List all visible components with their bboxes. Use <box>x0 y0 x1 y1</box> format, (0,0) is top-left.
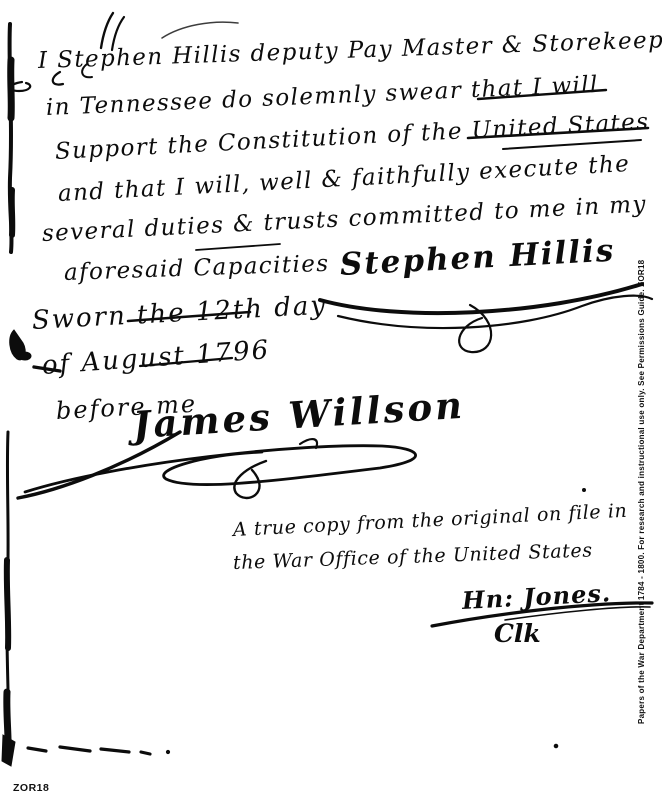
scanned-document-page: I Stephen Hillis deputy Pay Master & Sto… <box>0 0 662 800</box>
attestation-line-1: Sworn the 12th day <box>31 291 328 336</box>
oath-line-1: I Stephen Hillis deputy Pay Master & Sto… <box>38 26 662 74</box>
attestation-line-2: of August 1796 <box>41 335 271 381</box>
clerk-title: Clk <box>494 619 541 648</box>
oath-line-2: in Tennessee do solemnly swear that I wi… <box>45 72 599 121</box>
certification-line-1: A true copy from the original on file in <box>232 500 627 541</box>
oath-taker-signature-flourish <box>320 284 652 352</box>
clerk-signature: Hn: Jones. <box>461 578 612 615</box>
oath-line-6: aforesaid Capacities <box>64 251 330 286</box>
oath-taker-signature: Stephen Hillis <box>339 233 616 283</box>
page-id-label: ZOR18 <box>13 782 49 794</box>
archive-citation-vertical-text: Papers of the War Department 1784 - 1800… <box>637 260 646 724</box>
certification-line-2: the War Office of the United States <box>233 539 593 574</box>
